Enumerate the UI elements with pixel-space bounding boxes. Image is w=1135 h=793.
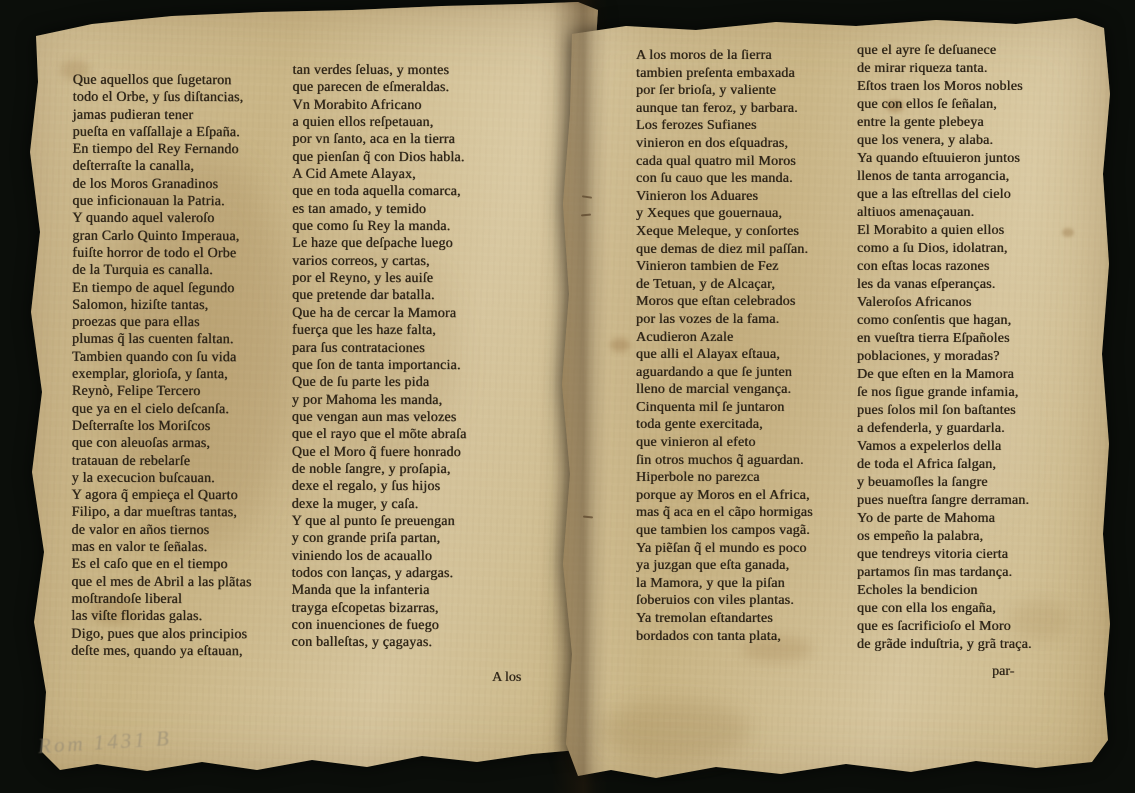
poem-column-3: A los moros de la ſierra tambien preſent…	[636, 47, 874, 645]
catchword-right-page: par-	[992, 664, 1014, 680]
catchword-left-page: A los	[492, 670, 521, 686]
book-spread: Que aquellos que ſugetaron todo el Orbe,…	[0, 0, 1135, 793]
poem-column-1: Que aquellos que ſugetaron todo el Orbe,…	[71, 72, 301, 661]
poem-column-4: que el ayre ſe deſuanece de mirar riquez…	[857, 42, 1095, 654]
poem-column-2: tan verdes ſeluas, y montes que parecen …	[291, 62, 534, 652]
